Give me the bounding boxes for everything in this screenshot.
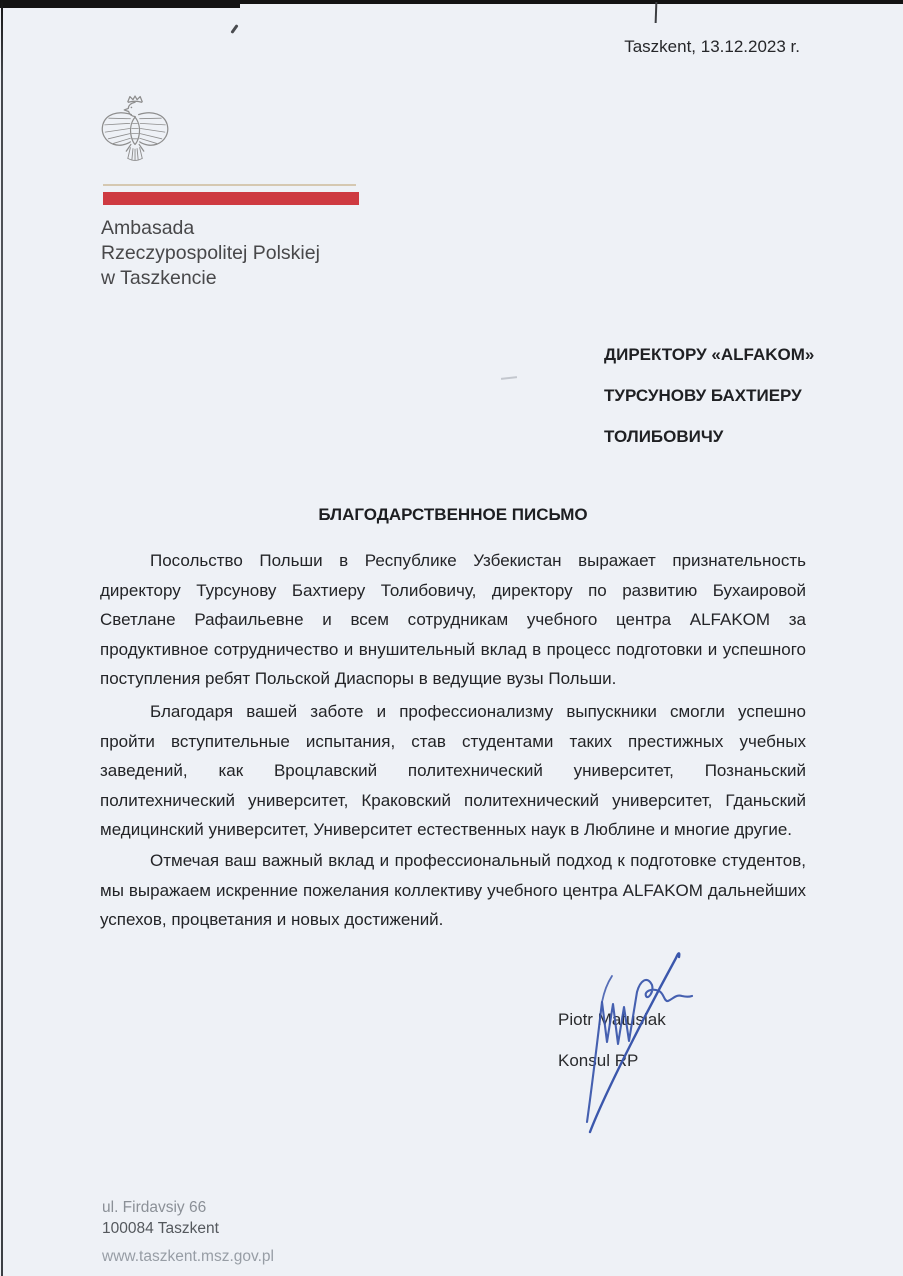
scanned-letter-page: Taszkent, 13.12.2023 r. Ambasada Rzeczyp… (0, 0, 903, 1276)
embassy-name-line: Rzeczypospolitej Polskiej (101, 241, 320, 266)
embassy-name-line: Ambasada (101, 216, 320, 241)
letter-paragraph: Отмечая ваш важный вклад и профессиональ… (100, 846, 806, 935)
letter-title: БЛАГОДАРСТВЕННОЕ ПИСЬМО (100, 505, 806, 525)
scan-mark-vertical (655, 2, 658, 23)
embassy-name-line: w Taszkencie (101, 266, 320, 291)
letter-date: Taszkent, 13.12.2023 r. (624, 37, 800, 57)
footer-address-street: ul. Firdavsiy 66 (102, 1199, 206, 1217)
footer-address-city: 100084 Taszkent (102, 1220, 219, 1238)
flag-white-stripe (103, 184, 356, 186)
letter-paragraph: Благодаря вашей заботе и профессионализм… (100, 697, 806, 845)
recipient-block: ДИРЕКТОРУ «ALFAKOM» ТУРСУНОВУ БАХТИЕРУ Т… (604, 345, 814, 468)
flag-red-stripe (103, 192, 359, 205)
recipient-line: ТОЛИБОВИЧУ (604, 427, 814, 468)
scan-edge-left (1, 0, 3, 1276)
footer-website: www.taszkent.msz.gov.pl (102, 1248, 274, 1266)
scan-smudge (501, 376, 517, 380)
handwritten-signature-ink (552, 944, 717, 1144)
recipient-line: ДИРЕКТОРУ «ALFAKOM» (604, 345, 814, 386)
polish-eagle-coat-of-arms-icon (99, 94, 169, 163)
letter-paragraph: Посольство Польши в Республике Узбекиста… (100, 546, 806, 694)
scan-mark-speck (230, 24, 238, 34)
embassy-name-block: Ambasada Rzeczypospolitej Polskiej w Tas… (101, 216, 320, 291)
scan-edge-top-left (0, 0, 240, 8)
recipient-line: ТУРСУНОВУ БАХТИЕРУ (604, 386, 814, 427)
